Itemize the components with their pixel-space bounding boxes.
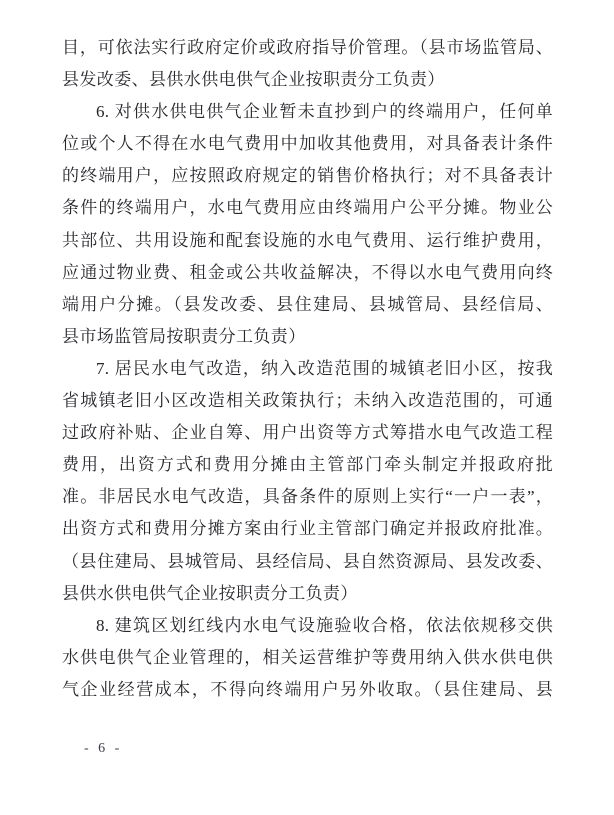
document-line: 过政府补贴、企业自筹、用户出资等方式筹措水电气改造工程 — [62, 417, 553, 449]
document-line: 准。非居民水电气改造，具备条件的原则上实行“一户一表”， — [62, 481, 553, 513]
document-line: 端用户分摊。（县发改委、县住建局、县城管局、县经信局、 — [62, 289, 553, 321]
page-number: - 6 - — [84, 740, 122, 757]
document-line: 县供水供电供气企业按职责分工负责） — [62, 578, 553, 610]
document-line: 县市场监管局按职责分工负责） — [62, 321, 553, 353]
document-line: 费用，出资方式和费用分摊由主管部门牵头制定并报政府批 — [62, 449, 553, 481]
document-line: 气企业经营成本，不得向终端用户另外收取。（县住建局、县 — [62, 674, 553, 706]
document-line-item-6: 6. 对供水供电供气企业暂未直抄到户的终端用户，任何单 — [62, 96, 553, 128]
document-line: 共部位、共用设施和配套设施的水电气费用、运行维护费用， — [62, 225, 553, 257]
document-line: （县住建局、县城管局、县经信局、县自然资源局、县发改委、 — [62, 546, 553, 578]
document-line: 目，可依法实行政府定价或政府指导价管理。（县市场监管局、 — [62, 32, 553, 64]
document-line-item-7: 7. 居民水电气改造，纳入改造范围的城镇老旧小区，按我 — [62, 353, 553, 385]
document-line: 应通过物业费、租金或公共收益解决，不得以水电气费用向终 — [62, 257, 553, 289]
document-line: 县发改委、县供水供电供气企业按职责分工负责） — [62, 64, 553, 96]
document-line: 的终端用户，应按照政府规定的销售价格执行；对不具备表计 — [62, 160, 553, 192]
document-body: 目，可依法实行政府定价或政府指导价管理。（县市场监管局、 县发改委、县供水供电供… — [62, 32, 553, 706]
document-line: 出资方式和费用分摊方案由行业主管部门确定并报政府批准。 — [62, 513, 553, 545]
document-line: 省城镇老旧小区改造相关政策执行；未纳入改造范围的，可通 — [62, 385, 553, 417]
document-line-item-8: 8. 建筑区划红线内水电气设施验收合格，依法依规移交供 — [62, 610, 553, 642]
document-page: 目，可依法实行政府定价或政府指导价管理。（县市场监管局、 县发改委、县供水供电供… — [0, 0, 614, 815]
document-line: 水供电供气企业管理的，相关运营维护等费用纳入供水供电供 — [62, 642, 553, 674]
document-line: 位或个人不得在水电气费用中加收其他费用，对具备表计条件 — [62, 128, 553, 160]
document-line: 条件的终端用户，水电气费用应由终端用户公平分摊。物业公 — [62, 192, 553, 224]
